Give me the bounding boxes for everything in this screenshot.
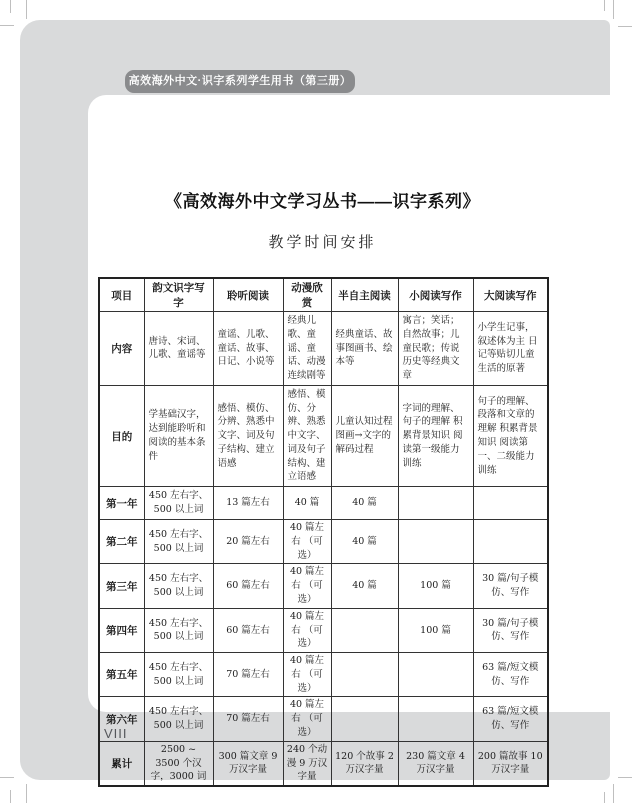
table-row-total: 累计 2500 ~ 3500 个汉字，3000 词 300 篇文章 9 万汉字量… — [99, 741, 548, 786]
table-cell: 小学生记事，叙述体为主 日记等贴切儿童生活的原著 — [473, 312, 548, 386]
column-header: 韵文识字写字 — [144, 278, 213, 312]
table-cell: 40 篇 — [283, 487, 331, 520]
row-label: 第四年 — [99, 608, 144, 652]
table-cell: 200 篇故事 10 万汉字量 — [473, 741, 548, 786]
table-cell: 450 左右字、500 以上词 — [144, 487, 213, 520]
crop-mark — [10, 790, 11, 803]
table-cell: 感悟、模仿、分辨、熟悉中文字、词及句子结构、建立语感 — [213, 385, 283, 486]
column-header: 动漫欣赏 — [283, 278, 331, 312]
crop-mark — [613, 784, 614, 803]
row-label: 累计 — [99, 741, 144, 786]
content-card: 《高效海外中文学习丛书——识字系列》 教学时间安排 项目 韵文识字写字 聆听阅读… — [88, 95, 632, 712]
column-header: 半自主阅读 — [331, 278, 398, 312]
crop-mark — [26, 784, 27, 803]
table-cell: 450 左右字、500 以上词 — [144, 697, 213, 741]
table-cell: 30 篇/句子模仿、写作 — [473, 564, 548, 608]
table-cell: 63 篇/短文模仿、写作 — [473, 697, 548, 741]
crop-mark — [618, 26, 632, 27]
table-cell: 13 篇左右 — [213, 487, 283, 520]
table-cell: 230 篇文章 4 万汉字量 — [398, 741, 473, 786]
table-cell: 学基础汉字，达到能聆听和阅读的基本条件 — [144, 385, 213, 486]
row-label: 第三年 — [99, 564, 144, 608]
table-cell: 40 篇左右 （可选） — [283, 608, 331, 652]
table-cell: 经典儿歌、童谣、童话、动漫连续剧等 — [283, 312, 331, 386]
column-header: 项目 — [99, 278, 144, 312]
table-cell: 240 个动漫 9 万汉字量 — [283, 741, 331, 786]
table-cell: 2500 ~ 3500 个汉字，3000 词 — [144, 741, 213, 786]
table-cell: 40 篇左右 （可选） — [283, 653, 331, 697]
table-cell: 450 左右字、500 以上词 — [144, 564, 213, 608]
teaching-schedule-table: 项目 韵文识字写字 聆听阅读 动漫欣赏 半自主阅读 小阅读写作 大阅读写作 内容… — [98, 277, 549, 787]
crop-mark — [0, 777, 14, 778]
table-cell — [331, 653, 398, 697]
table-cell: 经典童话、故事图画书、绘本等 — [331, 312, 398, 386]
row-label: 内容 — [99, 312, 144, 386]
table-cell: 450 左右字、500 以上词 — [144, 608, 213, 652]
table-cell: 60 篇左右 — [213, 608, 283, 652]
table-cell: 70 篇左右 — [213, 653, 283, 697]
table-cell: 唐诗、宋词、儿歌、童谣等 — [144, 312, 213, 386]
table-cell: 40 篇左右 （可选） — [283, 520, 331, 564]
table-header-row: 项目 韵文识字写字 聆听阅读 动漫欣赏 半自主阅读 小阅读写作 大阅读写作 — [99, 278, 548, 312]
table-cell: 450 左右字、500 以上词 — [144, 520, 213, 564]
table-row: 第四年 450 左右字、500 以上词 60 篇左右 40 篇左右 （可选） 1… — [99, 608, 548, 652]
series-header-label: 高效海外中文·识字系列学生用书（第三册） — [129, 75, 352, 87]
table-cell — [473, 487, 548, 520]
crop-mark — [26, 0, 27, 19]
book-title: 《高效海外中文学习丛书——识字系列》 — [98, 187, 547, 212]
table-cell: 句子的理解、段落和文章的理解 积累背景知识 阅读第一、二级能力训练 — [473, 385, 548, 486]
table-cell: 童谣、儿歌、童话、故事、日记、小说等 — [213, 312, 283, 386]
table-cell: 寓言；笑话；自然故事；儿童民歌；传说历史等经典文章 — [398, 312, 473, 386]
crop-mark — [618, 777, 632, 778]
table-row: 第五年 450 左右字、500 以上词 70 篇左右 40 篇左右 （可选） 6… — [99, 653, 548, 697]
table-cell: 40 篇左右 （可选） — [283, 564, 331, 608]
table-cell: 40 篇 — [331, 520, 398, 564]
crop-mark — [604, 0, 605, 11]
table-cell: 450 左右字、500 以上词 — [144, 653, 213, 697]
table-cell — [398, 487, 473, 520]
row-label: 目的 — [99, 385, 144, 486]
column-header: 聆听阅读 — [213, 278, 283, 312]
table-cell: 60 篇左右 — [213, 564, 283, 608]
table-row: 第三年 450 左右字、500 以上词 60 篇左右 40 篇左右 （可选） 4… — [99, 564, 548, 608]
crop-mark — [10, 0, 11, 13]
table-row: 内容 唐诗、宋词、儿歌、童谣等 童谣、儿歌、童话、故事、日记、小说等 经典儿歌、… — [99, 312, 548, 386]
table-cell — [331, 697, 398, 741]
scanned-book-page: 高效海外中文·识字系列学生用书（第三册） 《高效海外中文学习丛书——识字系列》 … — [0, 0, 632, 803]
table-row: 第六年 450 左右字、500 以上词 70 篇左右 40 篇左右 （可选） 6… — [99, 697, 548, 741]
table-row: 第一年 450 左右字、500 以上词 13 篇左右 40 篇 40 篇 — [99, 487, 548, 520]
row-label: 第二年 — [99, 520, 144, 564]
table-cell — [398, 520, 473, 564]
crop-mark — [0, 25, 14, 26]
table-row: 第二年 450 左右字、500 以上词 20 篇左右 40 篇左右 （可选） 4… — [99, 520, 548, 564]
table-cell — [473, 520, 548, 564]
table-cell: 63 篇/短文模仿、写作 — [473, 653, 548, 697]
row-label: 第五年 — [99, 653, 144, 697]
table-cell — [398, 653, 473, 697]
table-cell — [398, 697, 473, 741]
column-header: 大阅读写作 — [473, 278, 548, 312]
crop-mark — [613, 0, 614, 19]
table-row: 目的 学基础汉字，达到能聆听和阅读的基本条件 感悟、模仿、分辨、熟悉中文字、词及… — [99, 385, 548, 486]
table-cell: 40 篇左右 （可选） — [283, 697, 331, 741]
series-header-tab: 高效海外中文·识字系列学生用书（第三册） — [125, 70, 355, 93]
table-cell: 120 个故事 2 万汉字量 — [331, 741, 398, 786]
table-cell: 300 篇文章 9 万汉字量 — [213, 741, 283, 786]
crop-mark — [604, 792, 605, 803]
table-cell: 儿童认知过程图画→文字的解码过程 — [331, 385, 398, 486]
table-cell: 40 篇 — [331, 487, 398, 520]
table-cell: 40 篇 — [331, 564, 398, 608]
page-subtitle: 教学时间安排 — [98, 231, 547, 252]
table-cell: 30 篇/句子模仿、写作 — [473, 608, 548, 652]
table-cell: 70 篇左右 — [213, 697, 283, 741]
table-cell — [331, 608, 398, 652]
table-cell: 感悟、模仿、分辨、熟悉中文字、词及句子结构、建立语感 — [283, 385, 331, 486]
table-cell: 100 篇 — [398, 564, 473, 608]
table-cell: 字词的理解、句子的理解 积累背景知识 阅读第一级能力训练 — [398, 385, 473, 486]
page-number: VIII — [104, 726, 128, 741]
table-cell: 100 篇 — [398, 608, 473, 652]
column-header: 小阅读写作 — [398, 278, 473, 312]
row-label: 第一年 — [99, 487, 144, 520]
table-cell: 20 篇左右 — [213, 520, 283, 564]
